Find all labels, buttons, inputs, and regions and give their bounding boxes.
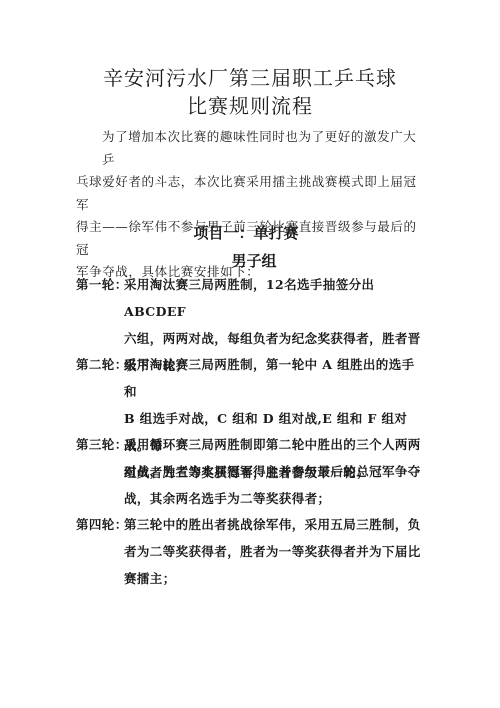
document-title-line-1: 辛安河污水厂第三届职工乒乓球 [0, 62, 500, 91]
round-line: 对战，胜者为本届冠军得主并参与最后的总冠军争夺 [124, 458, 426, 485]
intro-line: 为了增加本次比赛的趣味性同时也为了更好的激发广大乒 [76, 126, 426, 171]
round-line: 战，其余两名选手为二等奖获得者； [124, 485, 426, 512]
group-heading: 男子组 [4, 250, 500, 271]
round-4: 第四轮： 第三轮中的胜出者挑战徐军伟，采用五局三胜制，负 者为二等奖获得者，胜者… [76, 511, 426, 592]
section-heading: 项目一：单打赛 [0, 222, 496, 243]
round-line: 采用淘汰赛三局两胜制，第一轮中 A 组胜出的选手和 [124, 351, 426, 405]
round-label: 第一轮： [76, 271, 128, 298]
round-3: 第三轮： 采用循环赛三局两胜制即第二轮中胜出的三个人两两 对战，胜者为本届冠军得… [76, 431, 426, 512]
round-line: 第三轮中的胜出者挑战徐军伟，采用五局三胜制，负 [124, 511, 426, 538]
round-label: 第四轮： [76, 511, 128, 538]
round-line: 赛擂主； [124, 565, 426, 592]
round-line: 六组，两两对战，每组负者为纪念奖获得者，胜者晋 [124, 325, 426, 352]
round-line: 采用循环赛三局两胜制即第二轮中胜出的三个人两两 [124, 431, 426, 458]
document-title-line-2: 比赛规则流程 [0, 90, 500, 119]
round-label: 第三轮： [76, 431, 128, 458]
intro-line: 乓球爱好者的斗志，本次比赛采用擂主挑战赛模式即上届冠军 [76, 171, 426, 216]
round-line: 采用淘汰赛三局两胜制，12名选手抽签分出 ABCDEF [124, 271, 426, 325]
round-line: 者为二等奖获得者，胜者为一等奖获得者并为下届比 [124, 538, 426, 565]
round-label: 第二轮： [76, 351, 128, 378]
